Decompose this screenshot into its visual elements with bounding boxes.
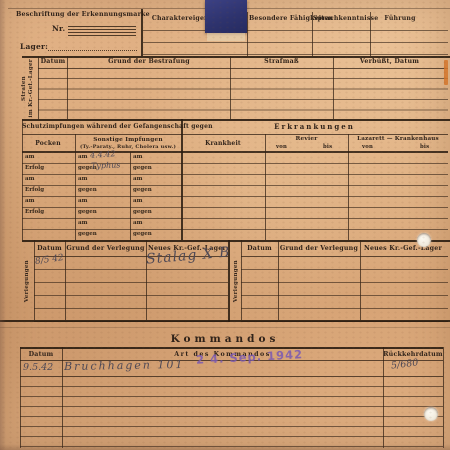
erk-revier-bis: bis — [323, 144, 332, 150]
top-card-bottom-edge — [0, 320, 450, 322]
index-tab-marker — [205, 0, 247, 33]
cell-label: am — [133, 176, 142, 182]
strafen-col-verbuesst: Verbüßt, Datum — [333, 58, 446, 65]
cell-label: am — [25, 154, 34, 160]
handwriting-kommando-name: Bruchhagen 101 — [64, 358, 185, 373]
cell-label: am — [25, 176, 34, 182]
lager-label: Lager: — [20, 42, 48, 51]
verl-left-col-datum: Datum — [34, 245, 65, 252]
impf-subheader-line — [22, 151, 448, 153]
cell-label: am — [133, 220, 142, 226]
erk-lazarett-von: von — [362, 144, 373, 150]
nr-write-lines — [68, 26, 136, 36]
scan-edge-left — [0, 0, 6, 450]
cell-label: Erfolg — [25, 187, 44, 193]
verlegungen-side-text: Verlegungen — [233, 260, 239, 302]
kommandos-row1-line — [20, 376, 443, 377]
kommandos-row-lines — [20, 386, 443, 448]
strafen-row-lines — [38, 78, 448, 112]
verl-right-header-underline — [241, 256, 448, 257]
impfungen-title: Schutzimpfungen während der Gefangenscha… — [22, 123, 181, 130]
strafen-side-label-2: im Kr.-Gef.-Lager — [28, 59, 34, 118]
index-tab-residue — [207, 33, 245, 41]
strafen-side-label-1: Strafen — [21, 76, 27, 101]
verl-left-row-lines — [34, 269, 228, 322]
strafen-side-label: Strafen im Kr.-Gef.-Lager — [18, 58, 37, 118]
strafen-header-underline — [38, 68, 448, 69]
cell-label: am — [78, 154, 87, 160]
handwriting-return-note: 5/680 — [390, 357, 419, 371]
cell-label: Erfolg — [25, 209, 44, 215]
kommandos-right-edge — [443, 347, 444, 448]
lager-write-line — [48, 42, 137, 51]
impf-title-underline — [22, 134, 448, 135]
cell-label: gegen — [78, 187, 97, 193]
kommandos-col-datum: Datum — [20, 351, 62, 358]
cell-label: gegen — [78, 231, 97, 237]
handwriting-vaccination-date: 4.4.42 — [90, 149, 116, 160]
erk-lazarett-bis: bis — [420, 144, 429, 150]
verl-left-col-grund: Grund der Verlegung — [65, 245, 146, 252]
verlegungen-left-side-label: Verlegungen — [20, 246, 33, 316]
kommandos-table-top — [20, 347, 443, 349]
nr-label: Nr. — [52, 24, 65, 33]
traits-col-faehigkeiten: Besondere Fähigkeiten — [249, 15, 310, 22]
cell-label: gegen — [133, 165, 152, 171]
erk-col-krankheit: Krankheit — [183, 140, 263, 147]
erk-revier-von: von — [276, 144, 287, 150]
erk-col-lazarett: Lazarett — Krankenhaus — [350, 136, 446, 142]
cell-label: am — [133, 198, 142, 204]
verl-right-col-lager: Neues Kr.-Gef.-Lager — [360, 245, 446, 252]
hole-punch — [424, 407, 438, 421]
verlegungen-side-text: Verlegungen — [24, 260, 30, 302]
impf-col-pocken: Pocken — [24, 140, 72, 147]
strafen-col-strafmass: Strafmaß — [230, 58, 333, 65]
traits-row-lines — [143, 30, 448, 56]
verlegungen-top-line — [22, 240, 450, 242]
pow-record-card-scan: Beschriftung der Erkennungsmarke Nr. Lag… — [0, 0, 450, 450]
strafen-col-grund: Grund der Bestrafung — [68, 58, 230, 65]
kommandos-title: Kommandos — [125, 333, 325, 345]
erk-col-revier: Revier — [267, 136, 346, 142]
handwriting-kommando-date: 9.5.42 — [23, 362, 53, 373]
impf-col-sonstige-2: (Ty.-Paraty., Ruhr, Cholera usw.) — [76, 144, 180, 150]
cell-label: gegen — [78, 209, 97, 215]
traits-col-fuehrung: Führung — [371, 15, 429, 22]
cell-label: am — [78, 220, 87, 226]
cell-label: Erfolg — [25, 165, 44, 171]
traits-col-sprachen: Sprachkenntnisse — [313, 15, 368, 22]
verl-right-col-grund: Grund der Verlegung — [278, 245, 360, 252]
impf-col-sonstige-1: Sonstige Impfungen — [76, 137, 180, 143]
cell-label: gegen — [133, 209, 152, 215]
orange-edge-mark — [444, 60, 448, 85]
impf-top-line — [22, 119, 450, 121]
cell-label: am — [133, 154, 142, 160]
hole-punch — [417, 233, 431, 247]
scan-edge-bottom — [0, 444, 450, 450]
bottom-card-top-edge — [0, 327, 450, 328]
verl-right-row-lines — [241, 269, 448, 322]
cell-label: am — [78, 176, 87, 182]
verl-right-col-datum: Datum — [241, 245, 278, 252]
cell-label: gegen — [133, 231, 152, 237]
cell-label: am — [25, 198, 34, 204]
erkrankungen-title: Erkrankungen — [181, 122, 448, 131]
strafen-col-datum: Datum — [38, 58, 68, 65]
cell-label: am — [78, 198, 87, 204]
cell-label: gegen — [133, 187, 152, 193]
id-block-title: Beschriftung der Erkennungsmarke — [16, 11, 138, 18]
handwriting-vaccination-against: Typhus — [91, 160, 121, 170]
